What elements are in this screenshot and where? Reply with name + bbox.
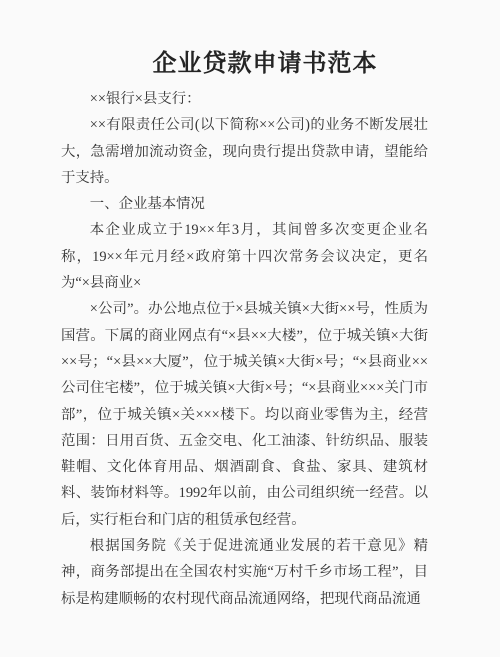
document-page: 企业贷款申请书范本 ××银行×县支行： ××有限责任公司(以下简称××公司)的业…: [0, 0, 500, 657]
paragraph-policy-background: 根据国务院《关于促进流通业发展的若干意见》精神，商务部提出在全国农村实施“万村千…: [61, 533, 428, 612]
section-heading-company-basics: 一、企业基本情况: [61, 191, 428, 217]
paragraph-company-details: ×公司”。办公地点位于×县城关镇×大街××号，性质为国营。下属的商业网点有“×县…: [61, 296, 428, 533]
document-body: ××银行×县支行： ××有限责任公司(以下简称××公司)的业务不断发展壮大，急需…: [61, 86, 428, 612]
paragraph-company-history: 本企业成立于19××年3月，其间曾多次变更企业名称，19××年元月经×政府第十四…: [61, 217, 428, 296]
document-title: 企业贷款申请书范本: [30, 48, 500, 80]
intro-paragraph: ××有限责任公司(以下简称××公司)的业务不断发展壮大，急需增加流动资金，现向贵…: [61, 112, 428, 191]
salutation-line: ××银行×县支行：: [61, 86, 428, 112]
